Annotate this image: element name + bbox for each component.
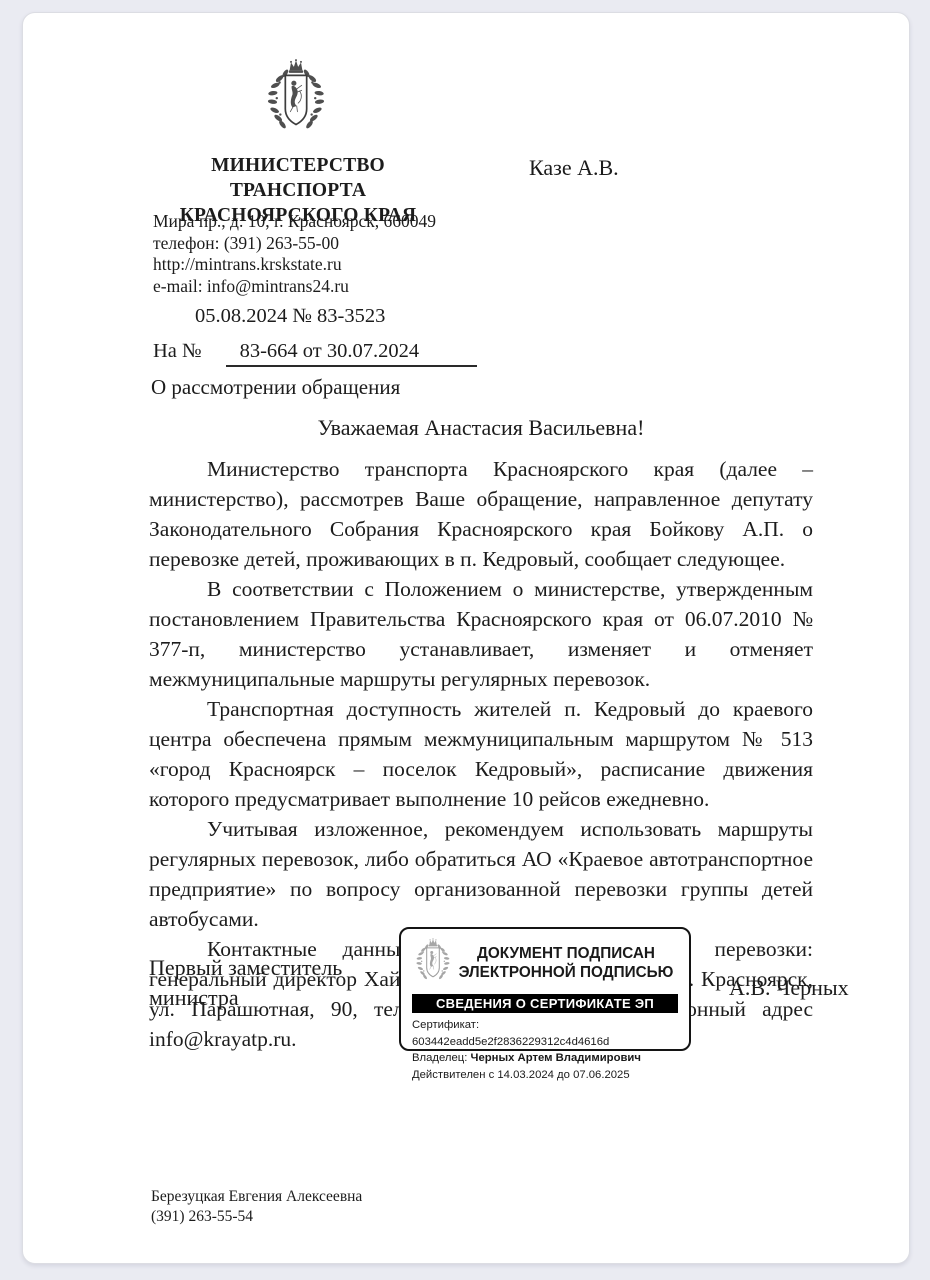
outgoing-reference: 05.08.2024 № 83-3523 (195, 305, 385, 328)
executor-phone: (391) 263-55-54 (151, 1207, 362, 1227)
signer-name: А.В. Черных (729, 975, 849, 1001)
contact-email: e-mail: info@mintrans24.ru (153, 276, 436, 298)
contact-address: Мира пр., д. 10, г. Красноярск, 660049 (153, 211, 436, 233)
document-card: МИНИСТЕРСТВО ТРАНСПОРТА КРАСНОЯРСКОГО КР… (22, 12, 910, 1264)
ministry-name-line1: МИНИСТЕРСТВО ТРАНСПОРТА (141, 153, 455, 203)
reply-reference: На №83-664 от 30.07.2024 (153, 340, 477, 367)
contact-phone: телефон: (391) 263-55-00 (153, 233, 436, 255)
body-paragraph: Учитывая изложенное, рекомендуем использ… (149, 814, 813, 934)
stamp-certificate-label: Сертификат: (412, 1019, 479, 1031)
coat-of-arms-icon (256, 59, 336, 143)
stamp-title-line2: ЭЛЕКТРОННОЙ ПОДПИСЬЮ (454, 963, 678, 983)
recipient-name: Казе А.В. (529, 155, 619, 181)
signer-position-line1: Первый заместитель (149, 953, 342, 983)
stamp-owner-label: Владелец: (412, 1052, 467, 1064)
stamp-owner-value: Черных Артем Владимирович (471, 1052, 641, 1064)
stamp-certificate-bar: СВЕДЕНИЯ О СЕРТИФИКАТЕ ЭП (412, 994, 678, 1013)
stamp-title-line1: ДОКУМЕНТ ПОДПИСАН (454, 944, 678, 964)
body-paragraph: В соответствии с Положением о министерст… (149, 574, 813, 694)
page-background: { "letterhead": { "ministry_line1": "МИН… (0, 0, 930, 1280)
executor-name: Березуцкая Евгения Алексеевна (151, 1187, 362, 1207)
contact-website: http://mintrans.krskstate.ru (153, 254, 436, 276)
signer-position-line2: министра (149, 983, 342, 1013)
stamp-owner-line: Владелец: Черных Артем Владимирович (412, 1050, 678, 1067)
reply-reference-label: На № (153, 340, 202, 363)
stamp-certificate-value: 603442eadd5e2f2836229312c4d4616d (412, 1036, 609, 1048)
stamp-certificate-line: Сертификат: 603442eadd5e2f2836229312c4d4… (412, 1017, 678, 1050)
reply-reference-value: 83-664 от 30.07.2024 (226, 340, 477, 367)
subject-line: О рассмотрении обращения (151, 375, 400, 400)
salutation: Уважаемая Анастасия Васильевна! (149, 415, 813, 441)
body-paragraph: Министерство транспорта Красноярского кр… (149, 454, 813, 574)
stamp-validity-line: Действителен с 14.03.2024 до 07.06.2025 (412, 1067, 678, 1084)
stamp-coat-of-arms-icon (412, 938, 454, 988)
body-paragraph: Транспортная доступность жителей п. Кедр… (149, 694, 813, 814)
stamp-title: ДОКУМЕНТ ПОДПИСАН ЭЛЕКТРОННОЙ ПОДПИСЬЮ (454, 944, 678, 983)
stamp-details: Сертификат: 603442eadd5e2f2836229312c4d4… (412, 1017, 678, 1083)
executor-block: Березуцкая Евгения Алексеевна (391) 263-… (151, 1187, 362, 1226)
signer-position: Первый заместитель министра (149, 953, 342, 1013)
contact-block: Мира пр., д. 10, г. Красноярск, 660049 т… (153, 211, 436, 297)
esign-stamp: ДОКУМЕНТ ПОДПИСАН ЭЛЕКТРОННОЙ ПОДПИСЬЮ С… (399, 927, 691, 1051)
